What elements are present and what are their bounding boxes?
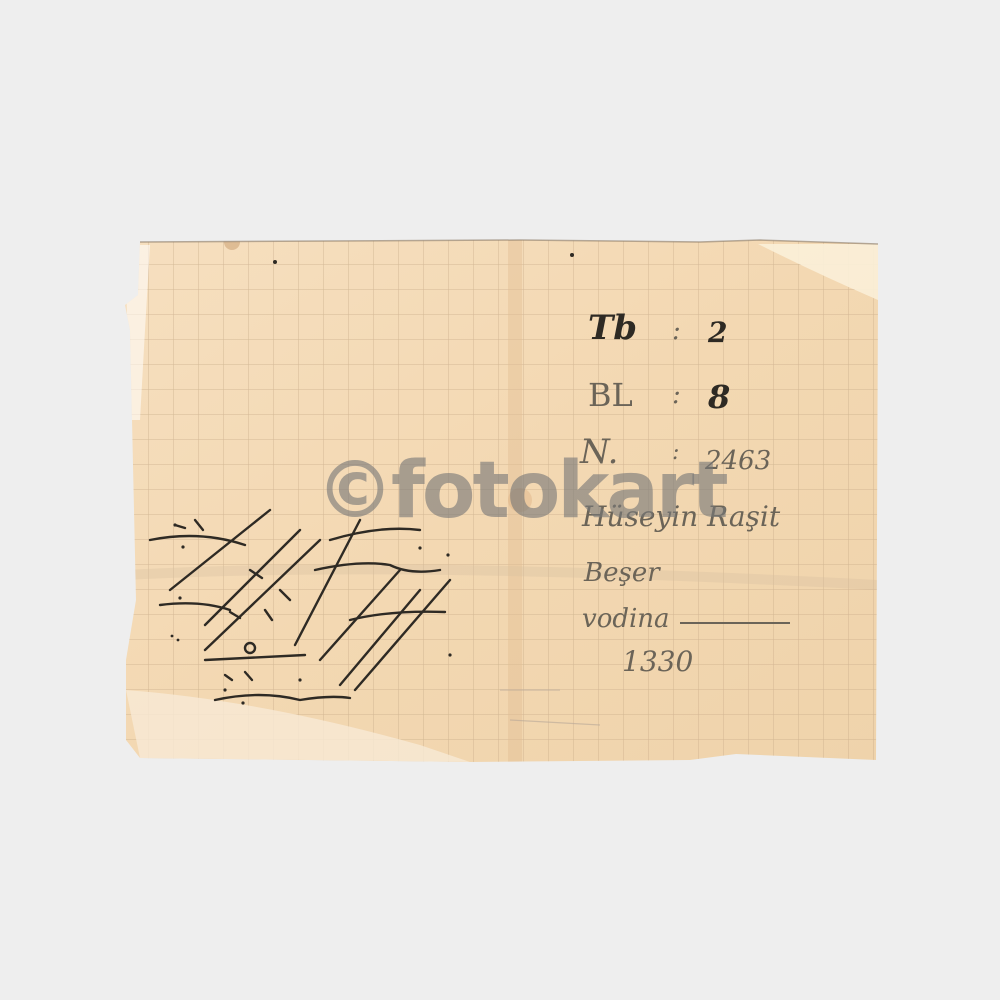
field-boluk-separator: :	[672, 380, 681, 410]
place-line-2: vodina	[582, 604, 670, 634]
place-line-1: Beşer	[584, 558, 660, 588]
year-line: 1330	[622, 645, 693, 678]
underline-stroke	[680, 622, 790, 624]
field-boluk-label: BL	[588, 376, 633, 414]
field-tabur-value: 2	[708, 316, 727, 349]
field-tabur-label: Tb	[588, 308, 637, 348]
field-tabur-separator: :	[672, 316, 681, 346]
field-boluk-value: 8	[708, 378, 730, 416]
watermark: ©fotokart	[316, 452, 726, 530]
